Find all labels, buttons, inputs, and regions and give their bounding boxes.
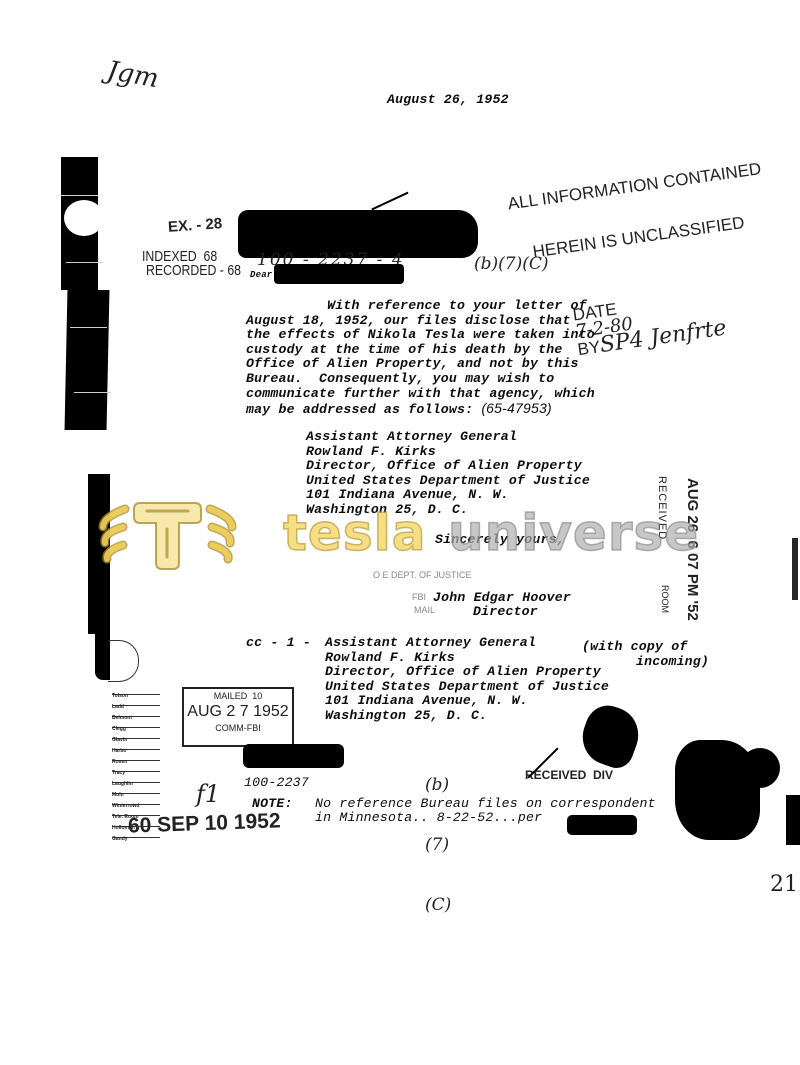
address-line: United States Department of Justice: [306, 474, 590, 489]
cc-line: Rowland F. Kirks: [325, 651, 609, 666]
address-line: Rowland F. Kirks: [306, 445, 590, 460]
body-line: the effects of Nikola Tesla were taken i…: [246, 328, 595, 343]
redaction-blob: [740, 748, 780, 788]
redaction-block-mid: [243, 744, 344, 768]
routing-slip-entry: Mohr: [112, 783, 160, 794]
page-curl: [108, 640, 139, 682]
routing-slip-entry: Clegg: [112, 717, 160, 728]
received-room-vertical: ROOM: [660, 585, 670, 613]
faint-stamp-fragment: FBI: [412, 592, 426, 602]
letter-date: August 26, 1952: [387, 93, 509, 108]
handwritten-f1: f1: [196, 780, 220, 808]
scan-line: [70, 327, 107, 328]
mailed-stamp: MAILED 10 AUG 2 7 1952 COMM-FBI: [182, 687, 294, 747]
faint-stamp-fragment: O E DEPT. OF JUSTICE: [373, 570, 472, 580]
routing-slip-entry: Rosen: [112, 750, 160, 761]
right-edge-fragment: [792, 538, 798, 600]
cc-prefix: cc - 1 -: [246, 636, 311, 651]
cc-note: (with copy of: [582, 640, 687, 655]
handwritten-initials: Jgm: [105, 56, 161, 95]
exemption-mark-bottom: (b) (7) (C): [425, 735, 451, 935]
scan-line: [61, 195, 98, 196]
routing-slip-entry: Laughlin: [112, 772, 160, 783]
address-line: 101 Indiana Avenue, N. W.: [306, 488, 590, 503]
cc-line: Assistant Attorney General: [325, 636, 609, 651]
declass-line-2: HEREIN IS UNCLASSIFIED: [514, 211, 770, 263]
exemption-b: (b): [425, 775, 451, 795]
mailed-stamp-line-3: COMM-FBI: [184, 723, 292, 733]
cc-line: Director, Office of Alien Property: [325, 665, 609, 680]
body-line: may be addressed as follows: (65-47953): [246, 401, 595, 418]
tesla-universe-logo-icon: [95, 497, 240, 571]
body-line: Office of Alien Property, and not by thi…: [246, 357, 595, 372]
cc-line: United States Department of Justice: [325, 680, 609, 695]
exemption-7: (7): [425, 835, 451, 855]
body-line: custody at the time of his death by the: [246, 343, 595, 358]
routing-slip-entry: Tolson: [112, 684, 160, 695]
salutation: Dear: [250, 268, 272, 283]
exemption-mark-top: (b)(7)(C): [474, 254, 549, 274]
watermark-word-tesla: tesla: [283, 508, 426, 558]
routing-slip-label: Gandy: [112, 836, 128, 842]
body-line: communicate further with that agency, wh…: [246, 387, 595, 402]
routing-slip-entry: Ladd: [112, 695, 160, 706]
exemption-c: (C): [425, 895, 451, 915]
cc-note-2: incoming): [636, 655, 709, 670]
declass-line-1: ALL INFORMATION CONTAINED: [507, 160, 763, 212]
recorded-stamp: RECORDED - 68: [146, 262, 241, 279]
routing-slip-entry: Belmont: [112, 706, 160, 717]
cc-line: Washington 25, D. C.: [325, 709, 609, 724]
mailed-stamp-line-1: MAILED 10: [184, 691, 292, 701]
cc-line: 101 Indiana Avenue, N. W.: [325, 694, 609, 709]
body-reference-number: (65-47953): [481, 400, 552, 416]
letter-body: With reference to your letter of August …: [246, 299, 595, 418]
received-stamp-bottom: RECEIVED DIV: [525, 768, 613, 782]
scan-line: [74, 392, 111, 393]
body-line: With reference to your letter of: [246, 299, 595, 314]
redaction-note-name: [567, 815, 637, 835]
redaction-blob: [786, 795, 800, 845]
scan-line: [66, 262, 103, 263]
body-line: Bureau. Consequently, you may wish to: [246, 372, 595, 387]
punch-hole: [64, 200, 104, 236]
page-number: 21: [770, 872, 798, 897]
ex-mark: EX. - 28: [167, 215, 222, 236]
address-line: Director, Office of Alien Property: [306, 459, 590, 474]
routing-slip-entry: Holloman: [112, 816, 160, 827]
faint-stamp-fragment: MAIL: [414, 605, 435, 615]
left-black-bar-lower: [65, 290, 110, 430]
signature-title: Director: [473, 605, 538, 620]
body-line-text: may be addressed as follows:: [246, 402, 473, 417]
redaction-pen-stroke: [371, 192, 408, 211]
redaction-salutation-name: [274, 264, 404, 284]
address-line: Assistant Attorney General: [306, 430, 590, 445]
routing-slip-entry: Winterrowd: [112, 794, 160, 805]
routing-slip-entry: Tracy: [112, 761, 160, 772]
watermark-word-universe: universe: [448, 508, 699, 558]
mailed-stamp-date: AUG 2 7 1952: [184, 703, 292, 721]
note-line-2: in Minnesota.. 8-22-52...per: [315, 811, 542, 826]
cc-address-block: Assistant Attorney General Rowland F. Ki…: [325, 636, 609, 724]
routing-slip-entry: Gandy: [112, 827, 160, 838]
routing-slip-entry: Tele. Room: [112, 805, 160, 816]
file-ref-bottom: 100-2237: [244, 776, 309, 791]
routing-slip-entry: Harbo: [112, 739, 160, 750]
body-line: August 18, 1952, our files disclose that: [246, 314, 595, 329]
routing-slip-entry: Glavin: [112, 728, 160, 739]
